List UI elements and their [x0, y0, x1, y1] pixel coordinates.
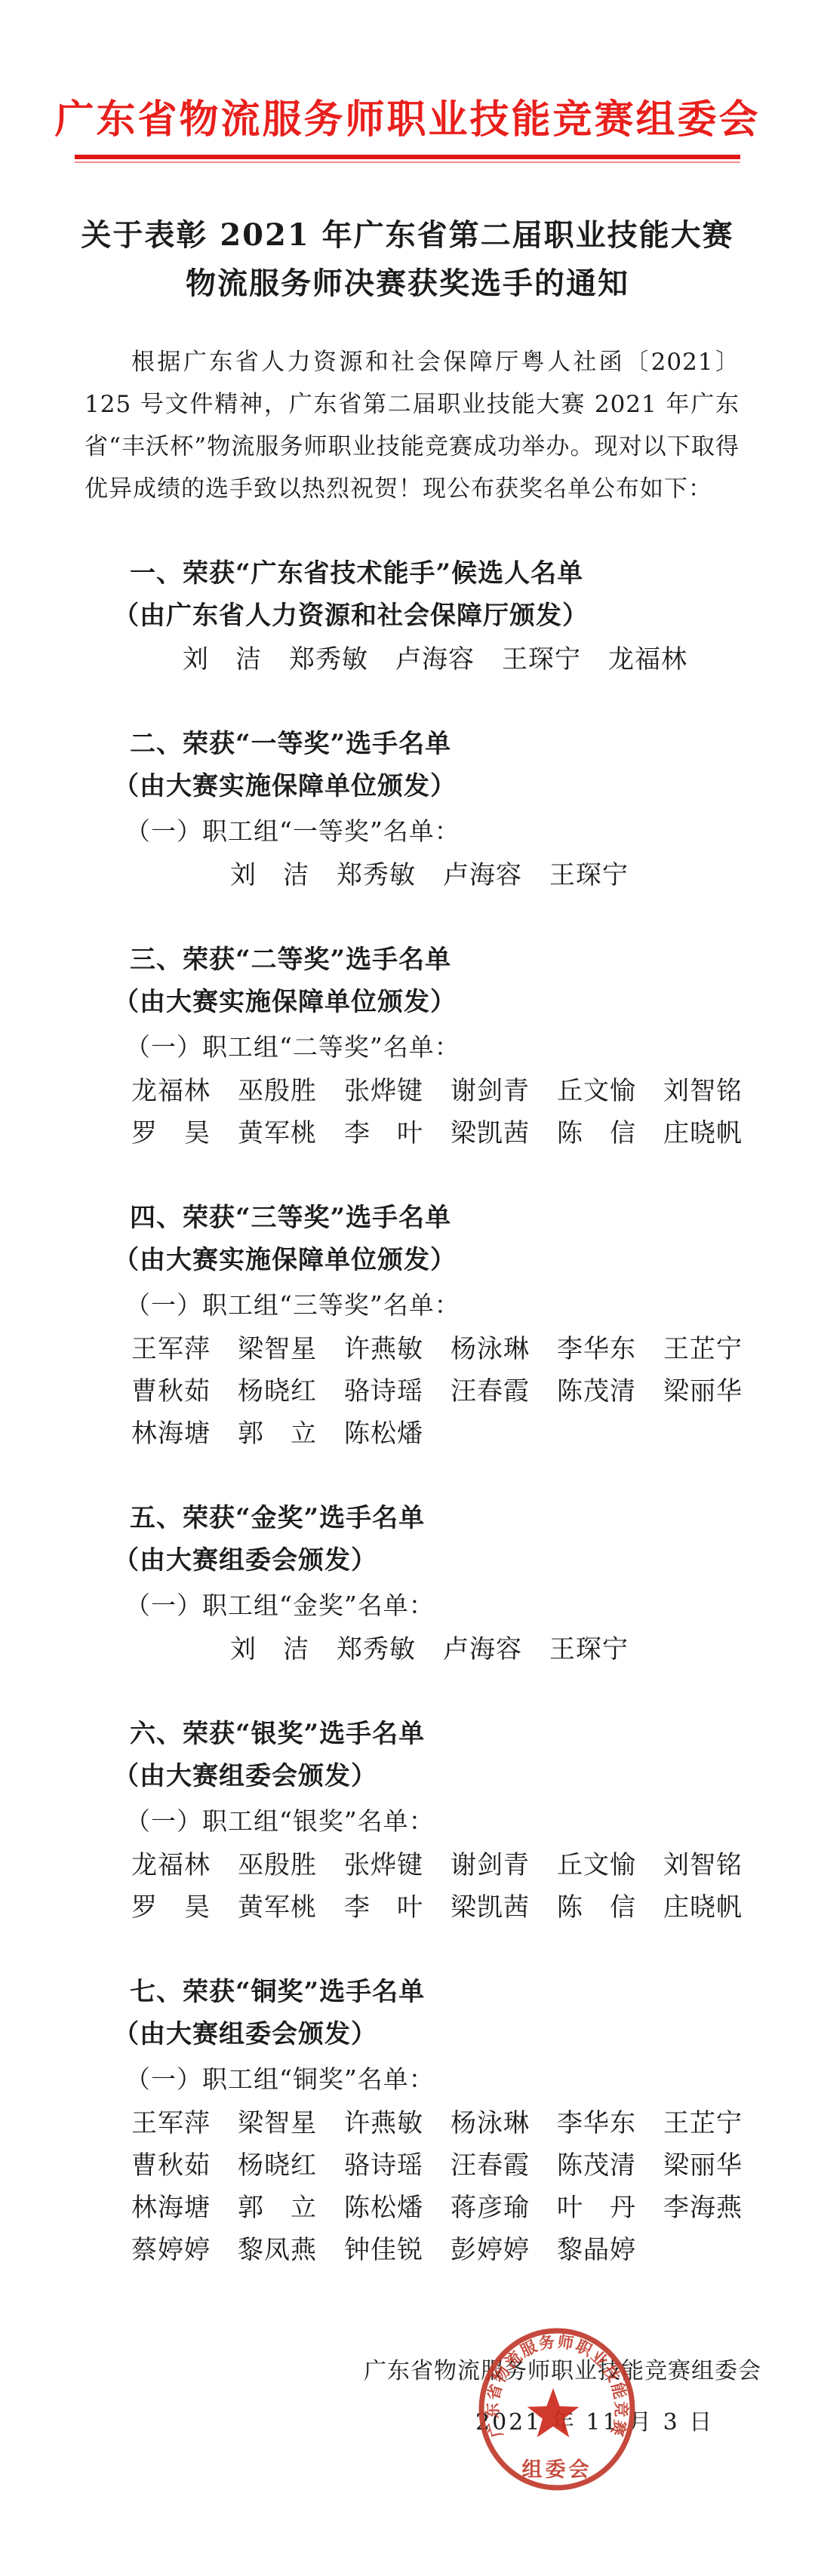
- section-issuer-note: （由广东省人力资源和社会保障厅颁发）: [113, 595, 815, 637]
- awardee-name: 叶 丹: [557, 2187, 636, 2229]
- section-group-label: （一）职工组“金奖”名单：: [125, 1585, 815, 1627]
- awardee-name: 曹秋茹: [131, 2144, 211, 2187]
- awardee-name: 杨泳琳: [451, 2102, 530, 2144]
- document-page: 广东省物流服务师职业技能竞赛组委会 关于表彰 2021 年广东省第二届职业技能大…: [0, 0, 815, 2576]
- section-name-rows: 刘 洁郑秀敏卢海容王琛宁龙福林: [0, 638, 815, 681]
- awardee-name: 黎凤燕: [238, 2229, 317, 2271]
- awardee-name: 李 叶: [344, 1112, 423, 1154]
- name-row: 刘 洁郑秀敏卢海容王琛宁: [230, 1628, 815, 1671]
- section-group-label: （一）职工组“一等奖”名单：: [125, 810, 815, 853]
- awardee-name: 梁丽华: [663, 2144, 743, 2187]
- section-first-prize: 二、荣获“一等奖”选手名单 （由大赛实施保障单位颁发） （一）职工组“一等奖”名…: [0, 723, 815, 896]
- signature-org: 广东省物流服务师职业技能竞赛组委会: [364, 2351, 815, 2392]
- awardee-name: 王琛宁: [502, 638, 581, 681]
- section-name-rows: 刘 洁郑秀敏卢海容王琛宁: [0, 1628, 815, 1671]
- awardee-name: 罗 昊: [131, 1886, 211, 1929]
- awardee-name: 林海塘: [131, 2187, 211, 2229]
- awardee-name: 黎晶婷: [557, 2229, 636, 2271]
- awardee-name: 巫殷胜: [238, 1844, 317, 1886]
- awardee-name: 梁智星: [238, 1328, 317, 1370]
- name-row: 罗 昊黄军桃李 叶梁凯茜陈 信庄晓帆: [131, 1886, 815, 1929]
- section-group-label: （一）职工组“三等奖”名单：: [125, 1284, 815, 1326]
- awardee-name: 汪春霞: [451, 1370, 530, 1412]
- awardee-name: 丘文愉: [557, 1844, 636, 1886]
- section-name-rows: 龙福林巫殷胜张烨键谢剑青丘文愉刘智铭罗 昊黄军桃李 叶梁凯茜陈 信庄晓帆: [0, 1070, 815, 1154]
- section-issuer-note: （由大赛组委会颁发）: [113, 1539, 815, 1582]
- awardee-name: 张烨键: [344, 1844, 423, 1886]
- awardee-name: 刘智铭: [663, 1844, 743, 1886]
- awardee-name: 丘文愉: [557, 1070, 636, 1112]
- section-issuer-note: （由大赛实施保障单位颁发）: [113, 981, 815, 1023]
- awardee-name: 王芷宁: [663, 1328, 743, 1370]
- section-name-rows: 王军萍梁智星许燕敏杨泳琳李华东王芷宁曹秋茹杨晓红骆诗瑶汪春霞陈茂清梁丽华林海塘郭…: [0, 1328, 815, 1455]
- awardee-name: 李华东: [557, 2102, 636, 2144]
- awardee-name: 骆诗瑶: [344, 2144, 423, 2187]
- awardee-name: 刘 洁: [230, 854, 309, 896]
- awardee-name: 郭 立: [238, 2187, 317, 2229]
- name-row: 蔡婷婷黎凤燕钟佳锐彭婷婷黎晶婷: [131, 2229, 815, 2271]
- awardee-name: 庄晓帆: [663, 1112, 743, 1154]
- awardee-name: 梁智星: [238, 2102, 317, 2144]
- section-heading: 二、荣获“一等奖”选手名单: [130, 723, 815, 765]
- section-issuer-note: （由大赛实施保障单位颁发）: [113, 765, 815, 807]
- awardee-name: 汪春霞: [451, 2144, 530, 2187]
- awardee-name: 王芷宁: [663, 2102, 743, 2144]
- intro-paragraph: 根据广东省人力资源和社会保障厅粤人社函〔2021〕125 号文件精神，广东省第二…: [85, 341, 740, 510]
- awardee-name: 罗 昊: [131, 1112, 211, 1154]
- section-name-rows: 王军萍梁智星许燕敏杨泳琳李华东王芷宁曹秋茹杨晓红骆诗瑶汪春霞陈茂清梁丽华林海塘郭…: [0, 2102, 815, 2271]
- awardee-name: 王琛宁: [549, 1628, 629, 1671]
- name-row: 曹秋茹杨晓红骆诗瑶汪春霞陈茂清梁丽华: [131, 2144, 815, 2187]
- awardee-name: 钟佳锐: [344, 2229, 423, 2271]
- name-row: 曹秋茹杨晓红骆诗瑶汪春霞陈茂清梁丽华: [131, 1370, 815, 1412]
- letterhead-rule: [75, 155, 740, 163]
- section-heading: 七、荣获“铜奖”选手名单: [130, 1971, 815, 2013]
- awardee-name: 曹秋茹: [131, 1370, 211, 1412]
- section-third-prize: 四、荣获“三等奖”选手名单 （由大赛实施保障单位颁发） （一）职工组“三等奖”名…: [0, 1197, 815, 1455]
- name-row: 罗 昊黄军桃李 叶梁凯茜陈 信庄晓帆: [131, 1112, 815, 1154]
- awardee-name: 彭婷婷: [451, 2229, 530, 2271]
- awardee-name: 卢海容: [395, 638, 475, 681]
- seal-bottom-text: 组委会: [522, 2458, 592, 2482]
- awardee-name: 王军萍: [131, 2102, 211, 2144]
- section-issuer-note: （由大赛组委会颁发）: [113, 2013, 815, 2055]
- awardee-name: 梁凯茜: [451, 1886, 530, 1929]
- name-row: 王军萍梁智星许燕敏杨泳琳李华东王芷宁: [131, 2102, 815, 2144]
- name-row: 龙福林巫殷胜张烨键谢剑青丘文愉刘智铭: [131, 1070, 815, 1112]
- awardee-name: 李 叶: [344, 1886, 423, 1929]
- awardee-name: 李海燕: [663, 2187, 743, 2229]
- section-heading: 五、荣获“金奖”选手名单: [130, 1497, 815, 1539]
- letterhead-org-name: 广东省物流服务师职业技能竞赛组委会: [0, 0, 815, 144]
- awardee-name: 郑秀敏: [337, 1628, 416, 1671]
- awardee-name: 刘智铭: [663, 1070, 743, 1112]
- name-row: 林海塘郭 立陈松燔蒋彦瑜叶 丹李海燕: [131, 2187, 815, 2229]
- document-title-line1: 关于表彰 2021 年广东省第二届职业技能大赛: [0, 211, 815, 260]
- awardee-name: 梁丽华: [663, 1370, 743, 1412]
- section-heading: 四、荣获“三等奖”选手名单: [130, 1197, 815, 1239]
- name-row: 王军萍梁智星许燕敏杨泳琳李华东王芷宁: [131, 1328, 815, 1370]
- name-row: 龙福林巫殷胜张烨键谢剑青丘文愉刘智铭: [131, 1844, 815, 1886]
- section-name-rows: 龙福林巫殷胜张烨键谢剑青丘文愉刘智铭罗 昊黄军桃李 叶梁凯茜陈 信庄晓帆: [0, 1844, 815, 1929]
- awardee-name: 许燕敏: [344, 1328, 423, 1370]
- section-silver-award: 六、荣获“银奖”选手名单 （由大赛组委会颁发） （一）职工组“银奖”名单： 龙福…: [0, 1713, 815, 1929]
- awardee-name: 谢剑青: [451, 1070, 530, 1112]
- awardee-name: 郑秀敏: [337, 854, 416, 896]
- name-row: 刘 洁郑秀敏卢海容王琛宁龙福林: [183, 638, 815, 681]
- awardee-name: 卢海容: [443, 854, 522, 896]
- section-heading: 一、荣获“广东省技术能手”候选人名单: [130, 552, 815, 595]
- section-issuer-note: （由大赛组委会颁发）: [113, 1755, 815, 1797]
- section-second-prize: 三、荣获“二等奖”选手名单 （由大赛实施保障单位颁发） （一）职工组“二等奖”名…: [0, 939, 815, 1154]
- awardee-name: 龙福林: [608, 638, 687, 681]
- awardee-name: 陈茂清: [557, 1370, 636, 1412]
- awardee-name: 蒋彦瑜: [451, 2187, 530, 2229]
- document-title-line2: 物流服务师决赛获奖选手的通知: [0, 260, 815, 308]
- awardee-name: 骆诗瑶: [344, 1370, 423, 1412]
- awardee-name: 杨晓红: [238, 2144, 317, 2187]
- awardee-name: 黄军桃: [238, 1112, 317, 1154]
- section-group-label: （一）职工组“铜奖”名单：: [125, 2058, 815, 2101]
- document-title: 关于表彰 2021 年广东省第二届职业技能大赛 物流服务师决赛获奖选手的通知: [0, 211, 815, 308]
- awardee-name: 刘 洁: [183, 638, 262, 681]
- awardee-name: 陈 信: [557, 1886, 636, 1929]
- awardee-name: 蔡婷婷: [131, 2229, 211, 2271]
- awardee-name: 陈松燔: [344, 2187, 423, 2229]
- awardee-name: 陈茂清: [557, 2144, 636, 2187]
- awardee-name: 林海塘: [131, 1412, 211, 1455]
- awardee-name: 黄军桃: [238, 1886, 317, 1929]
- awardee-name: 梁凯茜: [451, 1112, 530, 1154]
- awardee-name: 刘 洁: [230, 1628, 309, 1671]
- section-name-rows: 刘 洁郑秀敏卢海容王琛宁: [0, 854, 815, 896]
- awardee-name: 陈松燔: [344, 1412, 423, 1455]
- letterhead-rule-thin: [75, 161, 740, 163]
- section-group-label: （一）职工组“银奖”名单：: [125, 1800, 815, 1843]
- awardee-name: 郑秀敏: [289, 638, 368, 681]
- section-issuer-note: （由大赛实施保障单位颁发）: [113, 1239, 815, 1281]
- section-heading: 六、荣获“银奖”选手名单: [130, 1713, 815, 1755]
- awardee-name: 巫殷胜: [238, 1070, 317, 1112]
- awardee-name: 郭 立: [238, 1412, 317, 1455]
- section-heading: 三、荣获“二等奖”选手名单: [130, 939, 815, 981]
- section-group-label: （一）职工组“二等奖”名单：: [125, 1026, 815, 1068]
- awardee-name: 龙福林: [131, 1070, 211, 1112]
- name-row: 林海塘郭 立陈松燔: [131, 1412, 815, 1455]
- awardee-name: 许燕敏: [344, 2102, 423, 2144]
- awardee-name: 王琛宁: [549, 854, 629, 896]
- name-row: 刘 洁郑秀敏卢海容王琛宁: [230, 854, 815, 896]
- section-bronze-award: 七、荣获“铜奖”选手名单 （由大赛组委会颁发） （一）职工组“铜奖”名单： 王军…: [0, 1971, 815, 2271]
- section-technical-expert: 一、荣获“广东省技术能手”候选人名单 （由广东省人力资源和社会保障厅颁发） 刘 …: [0, 552, 815, 681]
- awardee-name: 陈 信: [557, 1112, 636, 1154]
- awardee-name: 王军萍: [131, 1328, 211, 1370]
- awardee-name: 杨晓红: [238, 1370, 317, 1412]
- awardee-name: 龙福林: [131, 1844, 211, 1886]
- awardee-name: 庄晓帆: [663, 1886, 743, 1929]
- awardee-name: 杨泳琳: [451, 1328, 530, 1370]
- awardee-name: 谢剑青: [451, 1844, 530, 1886]
- section-gold-award: 五、荣获“金奖”选手名单 （由大赛组委会颁发） （一）职工组“金奖”名单： 刘 …: [0, 1497, 815, 1671]
- awardee-name: 张烨键: [344, 1070, 423, 1112]
- signature-date: 2021 年 11 月 3 日: [475, 2402, 815, 2443]
- awardee-name: 卢海容: [443, 1628, 522, 1671]
- awardee-name: 李华东: [557, 1328, 636, 1370]
